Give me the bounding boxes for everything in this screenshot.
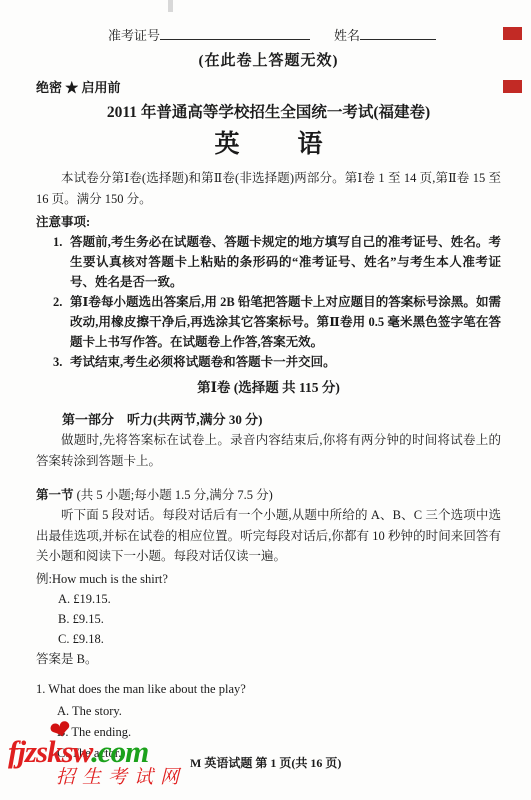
- red-stamp-mark-top: [503, 27, 522, 40]
- section1-label: 第一节: [36, 488, 74, 502]
- document-content: 准考证号姓名 (在此卷上答题无效) 绝密 ★ 启用前 2011 年普通高等学校招…: [0, 0, 531, 764]
- ticket-number-blank: [160, 27, 310, 40]
- note-text: 答题前,考生务必在试题卷、答题卡规定的地方填写自己的准考证号、姓名。考生要认真核…: [70, 232, 501, 292]
- scan-artifact: [168, 0, 173, 12]
- example-question-line: 例:How much is the shirt?: [36, 569, 501, 589]
- note-text: 考试结束,考生必须将试题卷和答题卡一并交回。: [70, 352, 501, 372]
- note-number: 3.: [53, 352, 70, 372]
- watermark: fjzsksw.com 招生考试网: [8, 736, 186, 790]
- red-stamp-mark-bottom: [503, 80, 522, 93]
- note-text: 第Ⅰ卷每小题选出答案后,用 2B 铅笔把答题卡上对应题目的答案标号涂黑。如需改动…: [70, 292, 501, 352]
- example-question-text: How much is the shirt?: [52, 572, 168, 586]
- subject-char-2: 语: [298, 131, 323, 158]
- example-answer: 答案是 B。: [36, 649, 501, 669]
- example-options: A. £19.15. B. £9.15. C. £9.18.: [58, 589, 501, 649]
- subject-title: 英语: [36, 130, 501, 160]
- example-label: 例:: [36, 572, 52, 586]
- section1-detail: (共 5 小题;每小题 1.5 分,满分 7.5 分): [77, 488, 273, 502]
- watermark-tld-text: .com: [91, 734, 148, 769]
- note-item: 2. 第Ⅰ卷每小题选出答案后,用 2B 铅笔把答题卡上对应题目的答案标号涂黑。如…: [53, 292, 501, 352]
- secret-notice: 绝密 ★ 启用前: [36, 78, 501, 98]
- candidate-info-row: 准考证号姓名: [108, 26, 501, 46]
- question-number: 1.: [36, 682, 45, 696]
- part1-heading: 第一部分 听力(共两节,满分 30 分): [36, 410, 501, 430]
- watermark-url: fjzsksw.com: [8, 736, 186, 768]
- part1-instructions: 做题时,先将答案标在试卷上。录音内容结束后,你将有两分钟的时间将试卷上的答案转涂…: [36, 430, 501, 471]
- section1-instructions: 听下面 5 段对话。每段对话后有一个小题,从题中所给的 A、B、C 三个选项中选…: [36, 505, 501, 567]
- question-1-option-a: A. The story.: [57, 701, 501, 722]
- question-text: What does the man like about the play?: [48, 682, 246, 696]
- note-item: 1. 答题前,考生务必在试题卷、答题卡规定的地方填写自己的准考证号、姓名。考生要…: [53, 232, 501, 292]
- watermark-site-text: fjzsksw: [8, 734, 91, 769]
- scanned-exam-page: 准考证号姓名 (在此卷上答题无效) 绝密 ★ 启用前 2011 年普通高等学校招…: [0, 0, 531, 800]
- subject-char-1: 英: [214, 131, 239, 158]
- ticket-number-label: 准考证号: [108, 28, 160, 43]
- name-label: 姓名: [334, 28, 360, 43]
- name-blank: [360, 27, 436, 40]
- example-option-a: A. £19.15.: [58, 589, 501, 609]
- watermark-site-name: 招生考试网: [56, 766, 186, 790]
- note-number: 1.: [53, 232, 70, 292]
- paper1-heading: 第Ⅰ卷 (选择题 共 115 分): [36, 378, 501, 398]
- example-option-b: B. £9.15.: [58, 609, 501, 629]
- example-option-c: C. £9.18.: [58, 629, 501, 649]
- notes-title: 注意事项:: [36, 212, 501, 232]
- note-item: 3. 考试结束,考生必须将试题卷和答题卡一并交回。: [53, 352, 501, 372]
- exam-title: 2011 年普通高等学校招生全国统一考试(福建卷): [36, 102, 501, 124]
- paper-intro-paragraph: 本试卷分第Ⅰ卷(选择题)和第Ⅱ卷(非选择题)两部分。第Ⅰ卷 1 至 14 页,第…: [36, 168, 501, 210]
- notes-list: 1. 答题前,考生务必在试题卷、答题卡规定的地方填写自己的准考证号、姓名。考生要…: [53, 232, 501, 372]
- note-number: 2.: [53, 292, 70, 352]
- answer-invalid-notice: (在此卷上答题无效): [36, 50, 501, 72]
- page-footer: M 英语试题 第 1 页(共 16 页): [190, 755, 341, 771]
- question-1: 1. What does the man like about the play…: [36, 679, 501, 699]
- section1-heading: 第一节 (共 5 小题;每小题 1.5 分,满分 7.5 分): [36, 485, 501, 505]
